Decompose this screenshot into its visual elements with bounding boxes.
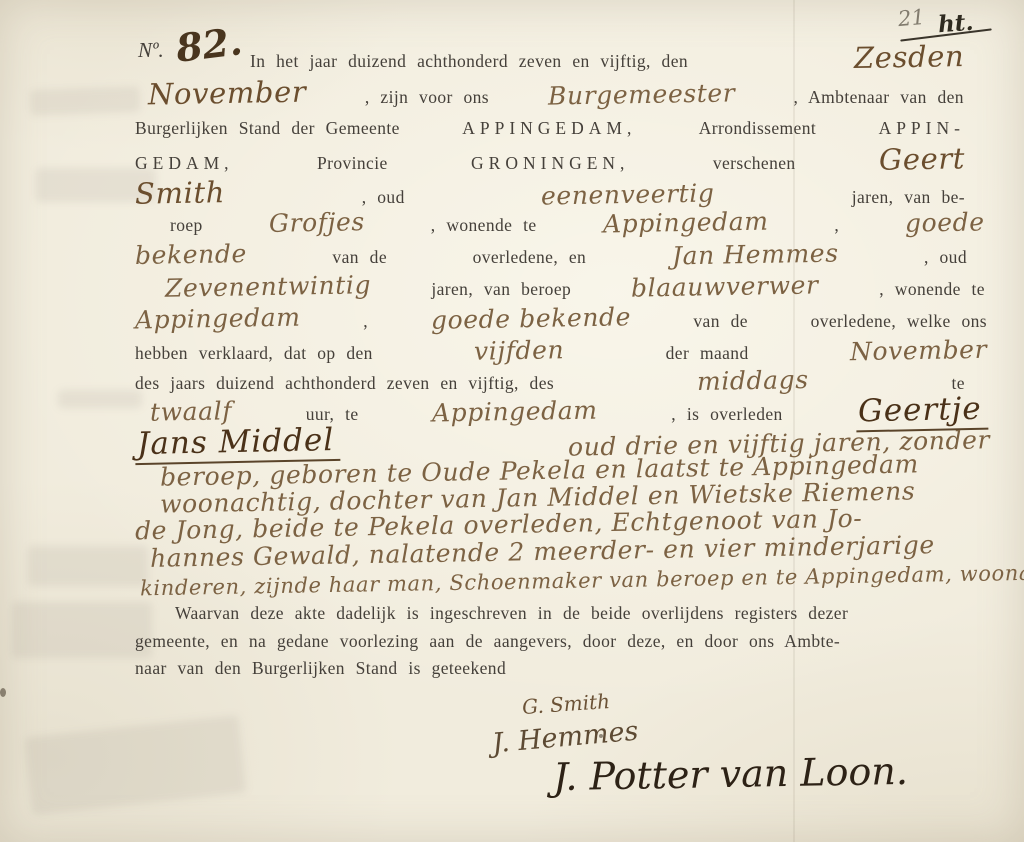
ink-speck xyxy=(0,688,6,697)
bleed-through xyxy=(30,86,141,116)
printed-text: GEDAM, xyxy=(135,153,234,174)
akte-number-label: Nº. xyxy=(138,38,164,63)
death-certificate-scan: 21 ht. Nº. 82. In het jaar duizend achth… xyxy=(0,0,1024,842)
printed-text: Burgerlijken Stand der Gemeente xyxy=(135,118,400,139)
page-number: 21 xyxy=(897,5,926,31)
handwritten-entry: eenenveertig xyxy=(541,178,715,210)
bleed-through xyxy=(58,390,142,408)
printed-text: Arrondissement xyxy=(699,118,816,139)
bleed-through xyxy=(12,602,152,658)
printed-text: GRONINGEN, xyxy=(471,153,629,174)
printed-text: jaren, van beroep xyxy=(431,279,571,300)
printed-text: jaren, van be- xyxy=(852,187,965,208)
printed-text: APPINGEDAM, xyxy=(462,118,636,139)
handwritten-entry: Zesden xyxy=(854,39,965,75)
handwritten-entry: Smith xyxy=(135,175,226,211)
printed-text: , oud xyxy=(362,187,405,208)
handwritten-entry: vijfden xyxy=(474,335,565,366)
printed-text: overledene, welke ons xyxy=(811,311,987,332)
printed-text: van de xyxy=(332,247,387,268)
handwritten-entry: Grofjes xyxy=(269,207,365,238)
handwritten-entry: Burgemeester xyxy=(547,78,735,110)
handwritten-entry: goede xyxy=(905,207,985,237)
handwritten-entry: Jan Hemmes xyxy=(672,239,839,271)
printed-text: , xyxy=(834,215,839,236)
closing-line: naar van den Burgerlijken Stand is getee… xyxy=(135,655,970,683)
signature-official: J. Potter van Loon. xyxy=(553,749,909,799)
handwritten-entry: goede bekende xyxy=(430,302,631,334)
akte-line: hebben verklaard, dat op den vijfden der… xyxy=(135,336,987,365)
akte-line: roep Grofjes , wonende te Appingedam , g… xyxy=(170,208,985,237)
handwritten-entry: bekende xyxy=(135,239,247,270)
handwritten-entry: November xyxy=(148,75,307,112)
printed-text: , is overleden xyxy=(671,404,782,425)
bleed-through xyxy=(25,715,247,815)
handwritten-entry: Appingedam xyxy=(432,396,598,428)
akte-number-value: 82. xyxy=(174,18,245,71)
handwritten-entry: twaalf xyxy=(150,396,233,426)
printed-text: des jaars duizend achthonderd zeven en v… xyxy=(135,373,554,394)
printed-text: APPIN- xyxy=(879,118,965,139)
handwritten-entry: November xyxy=(850,335,988,366)
printed-text: Provincie xyxy=(317,153,388,174)
handwritten-entry: Zevenentwintig xyxy=(165,270,372,303)
signature-witness-hemmes: J. Hemmes xyxy=(491,716,640,760)
handwritten-entry: Geert xyxy=(879,141,966,176)
akte-line: GEDAM, Provincie GRONINGEN, verschenen G… xyxy=(135,142,965,176)
akte-line: Appingedam , goede bekende van de overle… xyxy=(135,304,987,333)
printed-text: , oud xyxy=(924,247,967,268)
printed-text: overledene, en xyxy=(473,247,587,268)
akte-line: In het jaar duizend achthonderd zeven en… xyxy=(250,40,964,74)
printed-text: van de xyxy=(693,311,748,332)
deceased-name: Jans Middel xyxy=(135,422,341,465)
closing-line: Waarvan deze akte dadelijk is ingeschrev… xyxy=(135,600,970,628)
printed-text: , xyxy=(363,311,368,332)
printed-text: In het jaar duizend achthonderd zeven en… xyxy=(250,51,688,72)
printed-text: verschenen xyxy=(713,153,796,174)
closing-paragraph: Waarvan deze akte dadelijk is ingeschrev… xyxy=(135,600,970,683)
akte-line: bekende van de overledene, en Jan Hemmes… xyxy=(135,240,967,269)
akte-line: Zevenentwintig jaren, van beroep blaauwv… xyxy=(165,272,985,301)
printed-text: der maand xyxy=(666,343,749,364)
printed-text: , zijn voor ons xyxy=(365,87,489,108)
printed-text: , Ambtenaar van den xyxy=(794,87,964,108)
akte-line: November , zijn voor ons Burgemeester , … xyxy=(148,76,964,110)
bleed-through xyxy=(28,546,148,586)
signature-witness-smith: G. Smith xyxy=(521,689,610,719)
printed-text: , wonende te xyxy=(879,279,985,300)
printed-text: roep xyxy=(170,215,203,236)
akte-line: Smith , oud eenenveertig jaren, van be- xyxy=(135,176,965,210)
handwritten-entry: Appingedam xyxy=(602,207,768,239)
paraaf-initials: ht. xyxy=(937,9,974,38)
printed-text: , wonende te xyxy=(431,215,537,236)
akte-line: Burgerlijken Stand der Gemeente APPINGED… xyxy=(135,118,965,139)
handwritten-entry: Appingedam xyxy=(135,303,301,335)
handwritten-entry: blaauwverwer xyxy=(631,270,819,302)
closing-line: gemeente, en na gedane voorlezing aan de… xyxy=(135,628,970,656)
printed-text: hebben verklaard, dat op den xyxy=(135,343,373,364)
akte-line: des jaars duizend achthonderd zeven en v… xyxy=(135,366,965,395)
